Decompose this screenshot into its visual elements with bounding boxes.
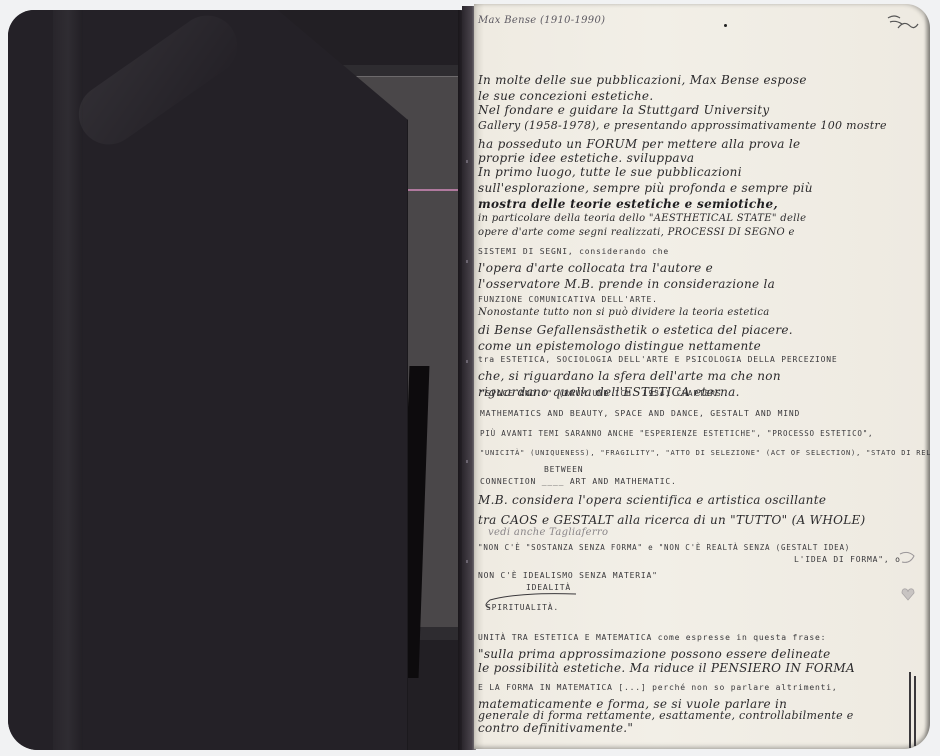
notebook-inside-cover: [8, 10, 470, 750]
note-line: In molte delle sue pubblicazioni, Max Be…: [478, 74, 807, 86]
binding-stitch: [466, 560, 468, 563]
heart-doodle-icon: [900, 586, 916, 602]
binding-stitch: [466, 460, 468, 463]
chapters-line: "SPACE AND I" (RAUM UND ICH. 1934) CHAPT…: [480, 390, 722, 398]
note-line: proprie idee estetiche. sviluppava: [478, 152, 694, 164]
squiggle-icon: [898, 550, 918, 568]
note-line: "NON C'È "SOSTANZA SENZA FORMA" e "NON C…: [478, 544, 850, 552]
note-line: SPIRITUALITÀ.: [486, 604, 559, 612]
margin-bracket-line: [914, 676, 916, 746]
note-line: l'opera d'arte collocata tra l'autore e: [478, 262, 713, 274]
note-line: sull'esplorazione, sempre più profonda e…: [478, 182, 813, 194]
note-line: che, si riguardano la sfera dell'arte ma…: [478, 370, 781, 382]
note-line: "UNICITÀ" (UNIQUENESS), "FRAGILITY", "AT…: [480, 450, 930, 457]
binding-stitch: [466, 160, 468, 163]
note-line: Nel fondare e guidare la Stuttgard Unive…: [478, 104, 769, 116]
note-line: Nonostante tutto non si può dividere la …: [478, 308, 770, 318]
note-line: CONNECTION ____ ART AND MATHEMATIC.: [480, 478, 677, 486]
note-line: In primo luogo, tutte le sue pubblicazio…: [478, 166, 742, 178]
note-line: NON C'È IDEALISMO SENZA MATERIA": [478, 572, 658, 580]
note-line: PIÙ AVANTI TEMI SARANNO ANCHE "ESPERIENZ…: [480, 430, 873, 438]
note-line: SISTEMI DI SEGNI, considerando che: [478, 248, 669, 256]
binding-stitch: [466, 260, 468, 263]
note-line: le possibilità estetiche. Ma riduce il P…: [478, 662, 855, 674]
note-line: di Bense Gefallensästhetik o estetica de…: [478, 324, 793, 336]
pocket-flap: [8, 10, 408, 750]
note-line: mostra delle teorie estetiche e semiotic…: [478, 198, 778, 210]
note-line: M.B. considera l'opera scientifica e art…: [478, 494, 826, 506]
corner-scribble-icon: [884, 12, 920, 36]
note-line: vedi anche Tagliaferro: [488, 528, 608, 538]
note-line: UNITÀ TRA ESTETICA E MATEMATICA come esp…: [478, 634, 826, 642]
binding-stitch: [466, 360, 468, 363]
note-line: generale di forma rettamente, esattament…: [478, 710, 854, 721]
notebook-page: Max Bense (1910-1990) In molte delle sue…: [474, 4, 930, 749]
note-line: E LA FORMA IN MATEMATICA [...] perché no…: [478, 684, 837, 692]
page-title: Max Bense (1910-1990): [478, 16, 605, 26]
page-edge-shadow: [924, 4, 930, 749]
note-line: come un epistemologo distingue nettament…: [478, 340, 761, 352]
note-line: tra ESTETICA, SOCIOLOGIA DELL'ARTE E PSI…: [478, 356, 837, 364]
note-line: tra CAOS e GESTALT alla ricerca di un "T…: [478, 514, 866, 526]
flap-crease-highlight: [67, 10, 249, 156]
note-line: le sue concezioni estetiche.: [478, 90, 653, 102]
note-line: BETWEEN: [544, 466, 583, 474]
note-line: FUNZIONE COMUNICATIVA DELL'ARTE.: [478, 296, 658, 304]
note-line: MATHEMATICS AND BEAUTY, SPACE AND DANCE,…: [480, 410, 800, 418]
note-line: "sulla prima approssimazione possono ess…: [478, 648, 831, 660]
margin-bracket-line: [909, 672, 911, 748]
note-line: in particolare della teoria dello "AESTH…: [478, 214, 806, 224]
note-line: opere d'arte come segni realizzati, PROC…: [478, 228, 795, 238]
ink-dot: [724, 24, 727, 27]
note-line: Gallery (1958-1978), e presentando appro…: [478, 120, 887, 131]
note-line: l'osservatore M.B. prende in considerazi…: [478, 278, 775, 290]
note-line: ha posseduto un FORUM per mettere alla p…: [478, 138, 800, 150]
note-line: contro definitivamente.": [478, 722, 633, 734]
note-line: L'IDEA DI FORMA", o: [794, 556, 901, 564]
